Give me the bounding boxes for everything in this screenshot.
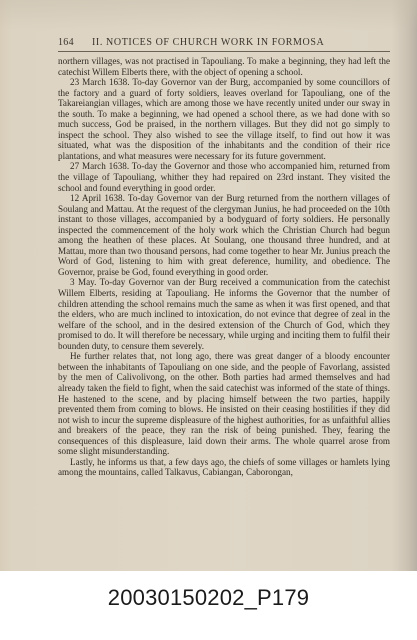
paragraph-further-relates: He further relates that, not long ago, t… — [58, 351, 390, 456]
scanned-page: 164 II. NOTICES OF CHURCH WORK IN FORMOS… — [0, 0, 417, 571]
image-caption: 20030150202_P179 — [0, 585, 417, 611]
page-number: 164 — [58, 37, 74, 48]
body-text: northern villages, was not practised in … — [58, 56, 390, 478]
paragraph-12-april-1638: 12 April 1638. To-day Governor van der B… — [58, 193, 390, 277]
paragraph-27-march-1638: 27 March 1638. To-day the Governor and t… — [58, 161, 390, 193]
paragraph-23-march-1638: 23 March 1638. To-day Governor van der B… — [58, 77, 390, 161]
paragraph-lastly: Lastly, he informs us that, a few days a… — [58, 457, 390, 478]
running-head: II. NOTICES OF CHURCH WORK IN FORMOSA — [92, 37, 324, 48]
page-header: 164 II. NOTICES OF CHURCH WORK IN FORMOS… — [58, 37, 390, 52]
paragraph-continued: northern villages, was not practised in … — [58, 56, 390, 77]
paragraph-3-may: 3 May. To-day Governor van der Burg rece… — [58, 277, 390, 351]
